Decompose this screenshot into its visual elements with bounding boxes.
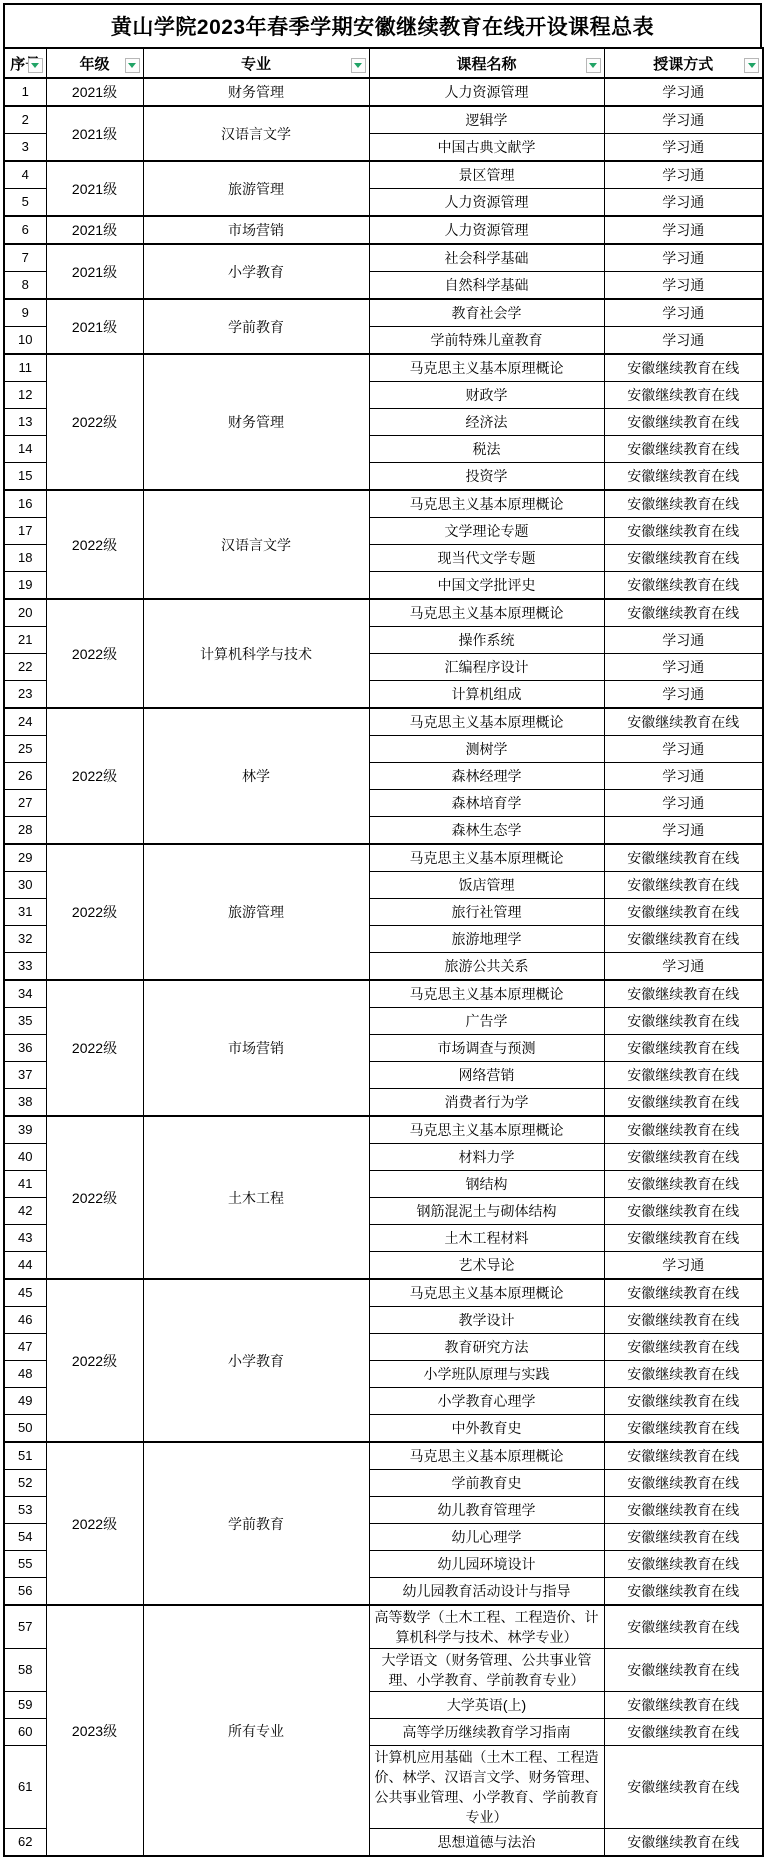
filter-arrow-icon [31,63,39,68]
course-name-cell: 测树学 [369,736,604,763]
course-name-cell: 马克思主义基本原理概论 [369,1442,604,1470]
row-number-cell: 6 [4,216,46,244]
table-row: 242022级林学马克思主义基本原理概论安徽继续教育在线 [4,708,763,736]
course-name-cell: 土木工程材料 [369,1225,604,1252]
method-cell: 安徽继续教育在线 [604,382,763,409]
spreadsheet-area: 黄山学院2023年春季学期安徽继续教育在线开设课程总表 序号 年级 专业 [0,0,764,1859]
row-number-cell: 43 [4,1225,46,1252]
row-number-cell: 36 [4,1035,46,1062]
method-cell: 安徽继续教育在线 [604,1388,763,1415]
table-row: 162022级汉语言文学马克思主义基本原理概论安徽继续教育在线 [4,490,763,518]
method-cell: 学习通 [604,763,763,790]
row-number-cell: 49 [4,1388,46,1415]
grade-cell: 2022级 [46,844,143,980]
row-number-cell: 8 [4,272,46,300]
course-name-cell: 旅游地理学 [369,926,604,953]
major-cell: 财务管理 [143,78,369,106]
row-number-cell: 48 [4,1361,46,1388]
table-row: 202022级计算机科学与技术马克思主义基本原理概论安徽继续教育在线 [4,599,763,627]
method-cell: 安徽继续教育在线 [604,518,763,545]
method-cell: 安徽继续教育在线 [604,926,763,953]
row-number-cell: 29 [4,844,46,872]
method-cell: 安徽继续教育在线 [604,1089,763,1117]
row-number-cell: 30 [4,872,46,899]
filter-dropdown-button[interactable] [351,58,366,73]
grade-cell: 2022级 [46,599,143,708]
course-name-cell: 中国古典文献学 [369,134,604,162]
grade-cell: 2022级 [46,1116,143,1279]
course-name-cell: 森林经理学 [369,763,604,790]
method-cell: 安徽继续教育在线 [604,872,763,899]
row-number-cell: 32 [4,926,46,953]
grade-cell: 2021级 [46,161,143,216]
grade-cell: 2021级 [46,78,143,106]
course-name-cell: 材料力学 [369,1144,604,1171]
table-row: 112022级财务管理马克思主义基本原理概论安徽继续教育在线 [4,354,763,382]
method-cell: 安徽继续教育在线 [604,1361,763,1388]
method-cell: 安徽继续教育在线 [604,490,763,518]
grade-cell: 2022级 [46,1442,143,1605]
method-cell: 安徽继续教育在线 [604,1470,763,1497]
method-cell: 学习通 [604,272,763,300]
course-name-cell: 教育社会学 [369,299,604,327]
major-cell: 学前教育 [143,1442,369,1605]
course-name-cell: 钢筋混泥土与砌体结构 [369,1198,604,1225]
course-name-cell: 汇编程序设计 [369,654,604,681]
course-name-cell: 网络营销 [369,1062,604,1089]
table-row: 72021级小学教育社会科学基础学习通 [4,244,763,272]
course-name-cell: 思想道德与法治 [369,1829,604,1857]
filter-dropdown-button[interactable] [125,58,140,73]
method-cell: 安徽继续教育在线 [604,572,763,600]
method-cell: 学习通 [604,790,763,817]
course-name-cell: 幼儿教育管理学 [369,1497,604,1524]
method-cell: 学习通 [604,736,763,763]
method-cell: 安徽继续教育在线 [604,1524,763,1551]
course-name-cell: 艺术导论 [369,1252,604,1280]
row-number-cell: 62 [4,1829,46,1857]
row-number-cell: 3 [4,134,46,162]
course-name-cell: 马克思主义基本原理概论 [369,490,604,518]
row-number-cell: 39 [4,1116,46,1144]
course-name-cell: 现当代文学专题 [369,545,604,572]
method-cell: 安徽继续教育在线 [604,1497,763,1524]
course-name-cell: 旅游公共关系 [369,953,604,981]
row-number-cell: 28 [4,817,46,845]
method-cell: 安徽继续教育在线 [604,1307,763,1334]
method-cell: 安徽继续教育在线 [604,1692,763,1719]
row-number-cell: 55 [4,1551,46,1578]
method-cell: 学习通 [604,106,763,134]
column-header-label: 年级 [79,56,109,73]
course-name-cell: 马克思主义基本原理概论 [369,708,604,736]
row-number-cell: 59 [4,1692,46,1719]
method-cell: 安徽继续教育在线 [604,899,763,926]
method-cell: 安徽继续教育在线 [604,599,763,627]
row-number-cell: 2 [4,106,46,134]
row-number-cell: 27 [4,790,46,817]
row-number-cell: 24 [4,708,46,736]
method-cell: 安徽继续教育在线 [604,1334,763,1361]
filter-dropdown-button[interactable] [744,58,759,73]
row-number-cell: 33 [4,953,46,981]
row-number-cell: 45 [4,1279,46,1307]
method-cell: 安徽继续教育在线 [604,354,763,382]
table-row: 292022级旅游管理马克思主义基本原理概论安徽继续教育在线 [4,844,763,872]
column-header-course: 课程名称 [369,48,604,78]
grade-cell: 2022级 [46,1279,143,1442]
course-name-cell: 钢结构 [369,1171,604,1198]
table-row: 42021级旅游管理景区管理学习通 [4,161,763,189]
major-cell: 计算机科学与技术 [143,599,369,708]
method-cell: 安徽继续教育在线 [604,708,763,736]
row-number-cell: 41 [4,1171,46,1198]
method-cell: 安徽继续教育在线 [604,1649,763,1692]
filter-arrow-icon [748,63,756,68]
row-number-cell: 4 [4,161,46,189]
method-cell: 安徽继续教育在线 [604,1719,763,1746]
method-cell: 学习通 [604,161,763,189]
table-row: 62021级市场营销人力资源管理学习通 [4,216,763,244]
method-cell: 学习通 [604,953,763,981]
table-row: 512022级学前教育马克思主义基本原理概论安徽继续教育在线 [4,1442,763,1470]
method-cell: 学习通 [604,654,763,681]
column-header-label: 课程名称 [456,56,516,73]
row-number-cell: 10 [4,327,46,355]
method-cell: 安徽继续教育在线 [604,980,763,1008]
major-cell: 财务管理 [143,354,369,490]
filter-dropdown-button[interactable] [586,58,601,73]
row-number-cell: 51 [4,1442,46,1470]
course-name-cell: 景区管理 [369,161,604,189]
row-number-cell: 61 [4,1746,46,1829]
course-name-cell: 经济法 [369,409,604,436]
row-number-cell: 13 [4,409,46,436]
course-name-cell: 投资学 [369,463,604,491]
table-row: 12021级财务管理人力资源管理学习通 [4,78,763,106]
course-name-cell: 社会科学基础 [369,244,604,272]
row-number-cell: 56 [4,1578,46,1606]
row-number-cell: 35 [4,1008,46,1035]
major-cell: 林学 [143,708,369,844]
row-number-cell: 54 [4,1524,46,1551]
method-cell: 安徽继续教育在线 [604,1035,763,1062]
method-cell: 安徽继续教育在线 [604,1551,763,1578]
course-name-cell: 马克思主义基本原理概论 [369,1279,604,1307]
table-header: 序号 年级 专业 课程名称 授课方式 [4,48,763,78]
row-number-cell: 47 [4,1334,46,1361]
course-name-cell: 税法 [369,436,604,463]
course-name-cell: 教学设计 [369,1307,604,1334]
method-cell: 学习通 [604,299,763,327]
page-title: 黄山学院2023年春季学期安徽继续教育在线开设课程总表 [3,3,762,47]
course-name-cell: 森林生态学 [369,817,604,845]
method-cell: 安徽继续教育在线 [604,1415,763,1443]
course-name-cell: 操作系统 [369,627,604,654]
row-number-cell: 31 [4,899,46,926]
table-row: 22021级汉语言文学逻辑学学习通 [4,106,763,134]
row-number-cell: 7 [4,244,46,272]
method-cell: 安徽继续教育在线 [604,1225,763,1252]
course-name-cell: 自然科学基础 [369,272,604,300]
method-cell: 安徽继续教育在线 [604,1062,763,1089]
row-number-cell: 57 [4,1605,46,1649]
major-cell: 小学教育 [143,244,369,299]
row-number-cell: 23 [4,681,46,709]
method-cell: 安徽继续教育在线 [604,1144,763,1171]
row-number-cell: 46 [4,1307,46,1334]
row-number-cell: 20 [4,599,46,627]
major-cell: 汉语言文学 [143,106,369,161]
course-name-cell: 小学教育心理学 [369,1388,604,1415]
row-number-cell: 12 [4,382,46,409]
course-name-cell: 马克思主义基本原理概论 [369,1116,604,1144]
course-name-cell: 高等数学（土木工程、工程造价、计算机科学与技术、林学专业） [369,1605,604,1649]
row-number-cell: 16 [4,490,46,518]
course-name-cell: 学前特殊儿童教育 [369,327,604,355]
course-name-cell: 计算机组成 [369,681,604,709]
method-cell: 安徽继续教育在线 [604,436,763,463]
major-cell: 市场营销 [143,980,369,1116]
row-number-cell: 60 [4,1719,46,1746]
row-number-cell: 19 [4,572,46,600]
course-name-cell: 大学语文（财务管理、公共事业管理、小学教育、学前教育专业） [369,1649,604,1692]
row-number-cell: 37 [4,1062,46,1089]
course-name-cell: 中国文学批评史 [369,572,604,600]
method-cell: 安徽继续教育在线 [604,1746,763,1829]
course-name-cell: 大学英语(上) [369,1692,604,1719]
method-cell: 学习通 [604,327,763,355]
course-name-cell: 中外教育史 [369,1415,604,1443]
method-cell: 安徽继续教育在线 [604,844,763,872]
row-number-cell: 34 [4,980,46,1008]
row-number-cell: 11 [4,354,46,382]
course-name-cell: 幼儿园教育活动设计与指导 [369,1578,604,1606]
course-table-body: 12021级财务管理人力资源管理学习通22021级汉语言文学逻辑学学习通3中国古… [4,78,763,1856]
course-name-cell: 广告学 [369,1008,604,1035]
course-name-cell: 幼儿园环境设计 [369,1551,604,1578]
method-cell: 学习通 [604,627,763,654]
course-name-cell: 饭店管理 [369,872,604,899]
course-name-cell: 旅行社管理 [369,899,604,926]
row-number-cell: 58 [4,1649,46,1692]
method-cell: 安徽继续教育在线 [604,463,763,491]
header-row: 序号 年级 专业 课程名称 授课方式 [4,48,763,78]
method-cell: 安徽继续教育在线 [604,1605,763,1649]
row-number-cell: 40 [4,1144,46,1171]
course-name-cell: 马克思主义基本原理概论 [369,980,604,1008]
major-cell: 所有专业 [143,1605,369,1856]
method-cell: 学习通 [604,134,763,162]
column-header-label: 专业 [241,56,271,73]
course-name-cell: 小学班队原理与实践 [369,1361,604,1388]
row-number-cell: 5 [4,189,46,217]
row-number-cell: 53 [4,1497,46,1524]
course-name-cell: 人力资源管理 [369,216,604,244]
grade-cell: 2023级 [46,1605,143,1856]
course-name-cell: 森林培育学 [369,790,604,817]
major-cell: 旅游管理 [143,161,369,216]
row-number-cell: 14 [4,436,46,463]
column-header-label: 授课方式 [653,56,713,73]
major-cell: 学前教育 [143,299,369,354]
table-row: 342022级市场营销马克思主义基本原理概论安徽继续教育在线 [4,980,763,1008]
method-cell: 学习通 [604,216,763,244]
course-name-cell: 逻辑学 [369,106,604,134]
row-number-cell: 44 [4,1252,46,1280]
table-row: 392022级土木工程马克思主义基本原理概论安徽继续教育在线 [4,1116,763,1144]
column-header-major: 专业 [143,48,369,78]
table-row: 572023级所有专业高等数学（土木工程、工程造价、计算机科学与技术、林学专业）… [4,1605,763,1649]
grade-cell: 2021级 [46,216,143,244]
row-number-cell: 50 [4,1415,46,1443]
method-cell: 安徽继续教育在线 [604,1171,763,1198]
method-cell: 学习通 [604,681,763,709]
course-name-cell: 马克思主义基本原理概论 [369,354,604,382]
table-row: 452022级小学教育马克思主义基本原理概论安徽继续教育在线 [4,1279,763,1307]
course-name-cell: 高等学历继续教育学习指南 [369,1719,604,1746]
row-number-cell: 17 [4,518,46,545]
grade-cell: 2022级 [46,354,143,490]
course-name-cell: 文学理论专题 [369,518,604,545]
course-name-cell: 学前教育史 [369,1470,604,1497]
method-cell: 学习通 [604,189,763,217]
grade-cell: 2021级 [46,106,143,161]
major-cell: 土木工程 [143,1116,369,1279]
grade-cell: 2021级 [46,299,143,354]
method-cell: 安徽继续教育在线 [604,1008,763,1035]
method-cell: 安徽继续教育在线 [604,1116,763,1144]
row-number-cell: 9 [4,299,46,327]
major-cell: 市场营销 [143,216,369,244]
course-name-cell: 马克思主义基本原理概论 [369,844,604,872]
major-cell: 汉语言文学 [143,490,369,599]
table-row: 92021级学前教育教育社会学学习通 [4,299,763,327]
course-name-cell: 马克思主义基本原理概论 [369,599,604,627]
grade-cell: 2022级 [46,980,143,1116]
row-number-cell: 18 [4,545,46,572]
filter-arrow-icon [128,63,136,68]
row-number-cell: 21 [4,627,46,654]
grade-cell: 2021级 [46,244,143,299]
row-number-cell: 38 [4,1089,46,1117]
method-cell: 学习通 [604,1252,763,1280]
course-name-cell: 教育研究方法 [369,1334,604,1361]
grade-cell: 2022级 [46,490,143,599]
grade-cell: 2022级 [46,708,143,844]
filter-arrow-icon [354,63,362,68]
course-name-cell: 财政学 [369,382,604,409]
row-number-cell: 42 [4,1198,46,1225]
major-cell: 旅游管理 [143,844,369,980]
method-cell: 安徽继续教育在线 [604,1279,763,1307]
method-cell: 安徽继续教育在线 [604,409,763,436]
method-cell: 安徽继续教育在线 [604,545,763,572]
row-number-cell: 22 [4,654,46,681]
row-number-cell: 52 [4,1470,46,1497]
major-cell: 小学教育 [143,1279,369,1442]
course-name-cell: 人力资源管理 [369,189,604,217]
row-number-cell: 15 [4,463,46,491]
filter-dropdown-button[interactable] [28,58,43,73]
method-cell: 学习通 [604,817,763,845]
course-name-cell: 幼儿心理学 [369,1524,604,1551]
course-name-cell: 计算机应用基础（土木工程、工程造价、林学、汉语言文学、财务管理、公共事业管理、小… [369,1746,604,1829]
course-name-cell: 人力资源管理 [369,78,604,106]
method-cell: 安徽继续教育在线 [604,1442,763,1470]
method-cell: 安徽继续教育在线 [604,1578,763,1606]
course-table: 序号 年级 专业 课程名称 授课方式 [3,47,764,1857]
column-header-method: 授课方式 [604,48,763,78]
method-cell: 安徽继续教育在线 [604,1198,763,1225]
column-header-no: 序号 [4,48,46,78]
method-cell: 学习通 [604,244,763,272]
row-number-cell: 25 [4,736,46,763]
column-header-grade: 年级 [46,48,143,78]
course-name-cell: 消费者行为学 [369,1089,604,1117]
row-number-cell: 26 [4,763,46,790]
row-number-cell: 1 [4,78,46,106]
course-name-cell: 市场调查与预测 [369,1035,604,1062]
method-cell: 安徽继续教育在线 [604,1829,763,1857]
method-cell: 学习通 [604,78,763,106]
filter-arrow-icon [589,63,597,68]
